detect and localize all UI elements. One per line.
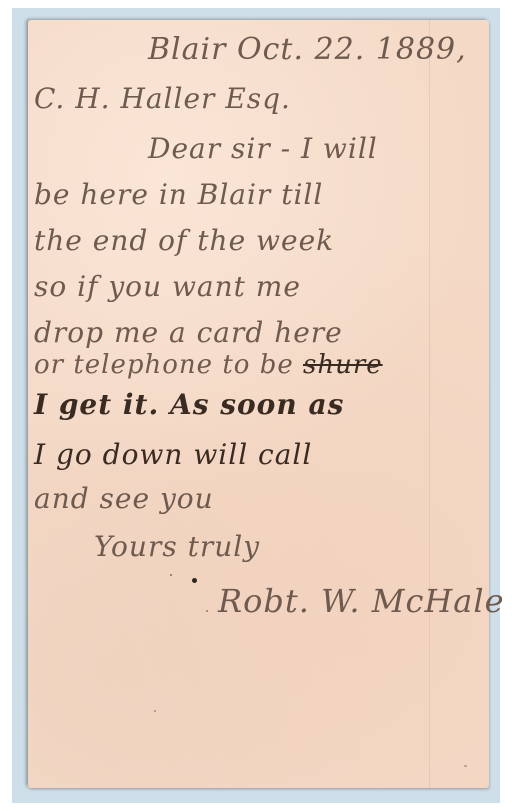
ink-blot <box>192 578 197 583</box>
card-crease <box>429 20 430 788</box>
postcard: Blair Oct. 22. 1889, C. H. Haller Esq. D… <box>28 20 489 788</box>
body-line: drop me a card here <box>34 316 343 349</box>
signature: Robt. W. McHale <box>218 582 505 620</box>
body-line-visible: or telephone to be <box>34 350 303 380</box>
body-line: I go down will call <box>34 438 312 471</box>
ink-speck <box>464 765 467 767</box>
body-line: be here in Blair till <box>34 178 323 211</box>
body-line: I get it. As soon as <box>34 388 344 421</box>
ink-speck <box>170 574 172 576</box>
body-line: so if you want me <box>34 270 301 303</box>
struck-word: shure <box>303 350 383 380</box>
ink-speck <box>206 610 208 612</box>
body-line-with-correction: or telephone to be sure or telephone to … <box>34 350 383 380</box>
body-line: the end of the week <box>34 224 334 257</box>
dateline: Blair Oct. 22. 1889, <box>148 32 467 67</box>
salutation: Dear sir - I will <box>148 132 378 165</box>
ink-speck <box>154 710 156 712</box>
closing: Yours truly <box>94 530 260 563</box>
addressee: C. H. Haller Esq. <box>34 82 291 115</box>
body-line: and see you <box>34 482 214 515</box>
